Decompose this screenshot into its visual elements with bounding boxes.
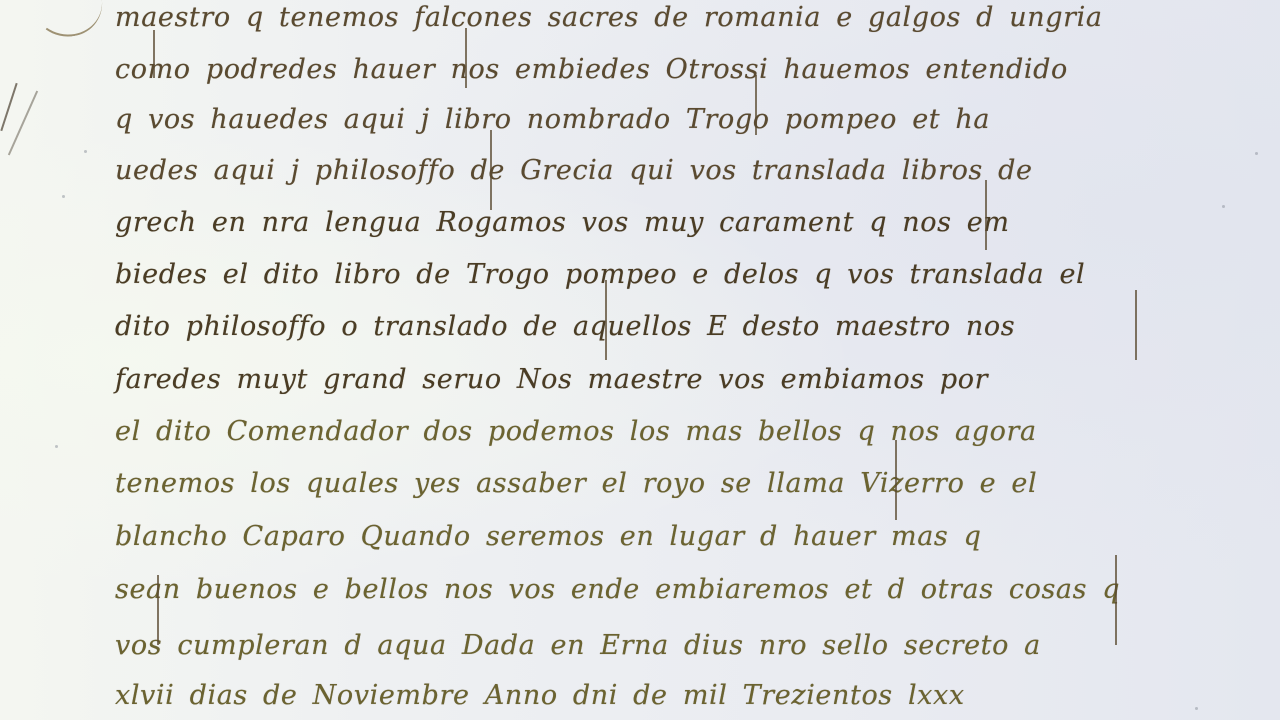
manuscript-line: vos cumpleran d aqua Dada en Erna dius n…: [115, 630, 1041, 670]
parchment-speck: [1222, 205, 1225, 208]
ink-descender: [157, 575, 159, 645]
parchment-speck: [62, 195, 65, 198]
manuscript-line: faredes muyt grand seruo Nos maestre vos…: [115, 364, 988, 404]
manuscript-line: biedes el dito libro de Trogo pompeo e d…: [115, 259, 1085, 299]
manuscript-line: el dito Comendador dos podemos los mas b…: [115, 416, 1037, 456]
manuscript-line: sean buenos e bellos nos vos ende embiar…: [115, 574, 1120, 614]
manuscript-line: dito philosoffo o translado de aquellos …: [115, 311, 1015, 351]
ink-descender: [153, 30, 155, 78]
ink-descender: [1135, 290, 1137, 360]
parchment-speck: [1255, 152, 1258, 155]
ink-descender: [605, 280, 607, 360]
parchment-speck: [1195, 707, 1198, 710]
ink-descender: [465, 28, 467, 88]
manuscript-line: grech en nra lengua Rogamos vos muy cara…: [115, 207, 1010, 247]
ink-descender: [755, 75, 757, 135]
manuscript-line: tenemos los quales yes assaber el royo s…: [115, 468, 1037, 508]
ink-descender: [985, 180, 987, 250]
ink-descender: [1115, 555, 1117, 645]
manuscript-line: como podredes hauer nos embiedes Otrossi…: [115, 54, 1068, 94]
ink-descender: [895, 440, 897, 520]
manuscript-line: xlvii dias de Noviembre Anno dni de mil …: [115, 680, 965, 720]
ink-descender: [490, 130, 492, 210]
manuscript-line: maestro q tenemos falcones sacres de rom…: [115, 2, 1103, 42]
manuscript-line: blancho Caparo Quando seremos en lugar d…: [115, 521, 981, 561]
manuscript-line: uedes aqui j philosoffo de Grecia qui vo…: [115, 155, 1033, 195]
parchment-speck: [55, 445, 58, 448]
parchment-speck: [84, 150, 87, 153]
manuscript-line: q vos hauedes aqui j libro nombrado Trog…: [115, 104, 990, 144]
